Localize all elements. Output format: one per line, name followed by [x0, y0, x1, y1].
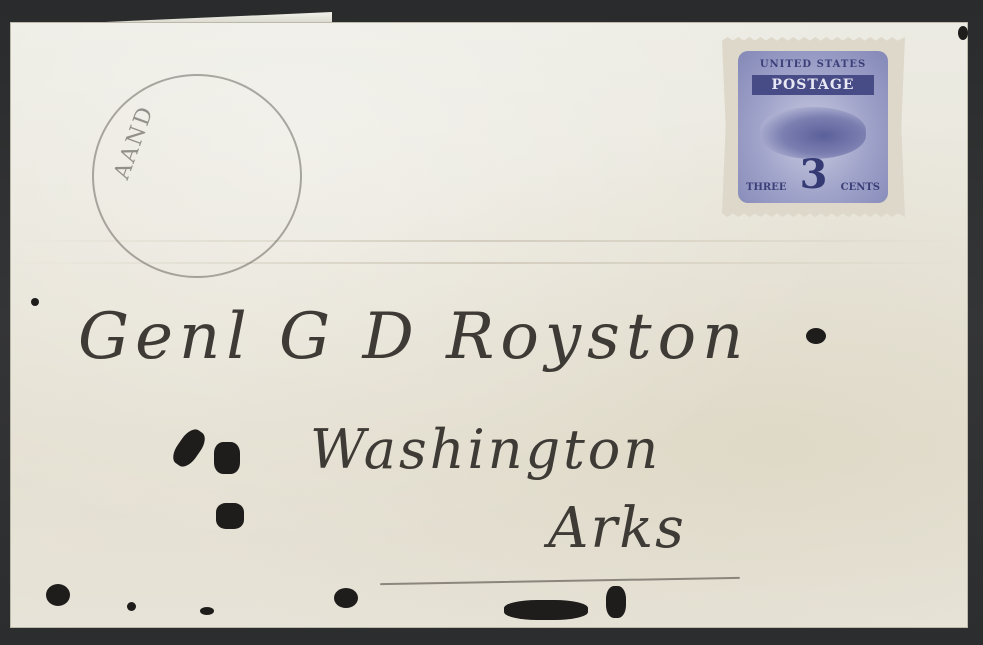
- stamp-banner: POSTAGE: [752, 75, 874, 95]
- ink-blot: [31, 298, 39, 306]
- address-city: Washington: [310, 418, 661, 481]
- address-state: Arks: [548, 496, 686, 561]
- stamp-denomination: 3: [800, 157, 828, 193]
- ink-blot: [504, 600, 588, 620]
- ink-blot: [214, 442, 240, 474]
- ink-blot: [127, 602, 136, 611]
- ink-blot: [200, 607, 214, 615]
- stamp-three-label: THREE: [746, 182, 786, 193]
- stamp-design: UNITED STATES POSTAGE THREE 3 CENTS: [738, 51, 888, 203]
- ink-blot: [216, 503, 244, 529]
- stamp-bottom-row: THREE 3 CENTS: [746, 157, 880, 193]
- stamp-top-text: UNITED STATES: [738, 59, 888, 70]
- ink-blot: [958, 26, 968, 40]
- ink-blot: [334, 588, 358, 608]
- address-recipient: Genl G D Royston: [78, 300, 749, 374]
- ink-blot: [806, 328, 826, 344]
- postage-stamp: UNITED STATES POSTAGE THREE 3 CENTS: [722, 37, 905, 217]
- ink-blot: [606, 586, 626, 618]
- ink-blot: [46, 584, 70, 606]
- stamp-cents-label: CENTS: [841, 182, 880, 193]
